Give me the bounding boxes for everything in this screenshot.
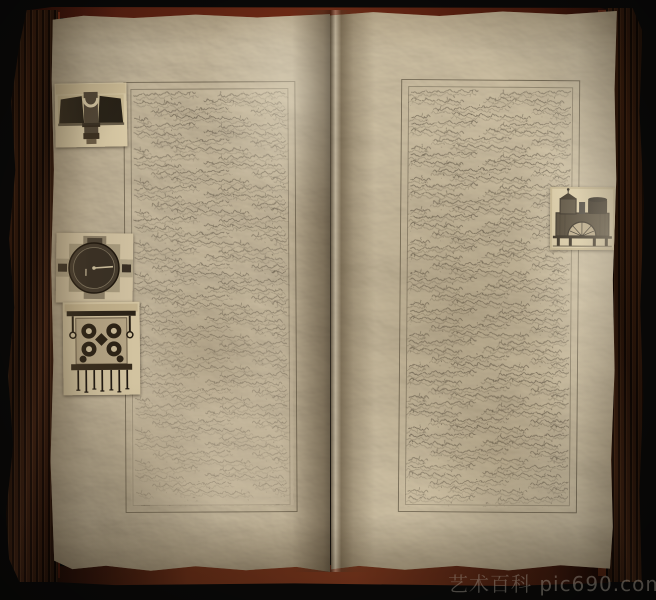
left-text-block: [129, 83, 293, 506]
right-page: [330, 11, 618, 572]
pipe-apparatus-engraving: [63, 302, 141, 396]
left-page: [50, 13, 330, 573]
circular-gauge-engraving-svg: [56, 233, 134, 304]
right-page-writing: [330, 11, 618, 572]
left-cover-edge: [6, 10, 58, 582]
book-photo: 艺术百科 pic690.com: [0, 0, 656, 600]
press-mechanism-engraving: [54, 82, 127, 147]
circular-gauge-engraving: [56, 233, 134, 304]
watermark: 艺术百科 pic690.com: [448, 568, 656, 597]
pipe-apparatus-engraving-svg: [63, 302, 141, 396]
boiler-machine-engraving-svg: [550, 187, 615, 250]
press-mechanism-engraving-svg: [54, 82, 127, 147]
boiler-machine-engraving: [550, 187, 615, 250]
right-text-block: [403, 80, 576, 507]
